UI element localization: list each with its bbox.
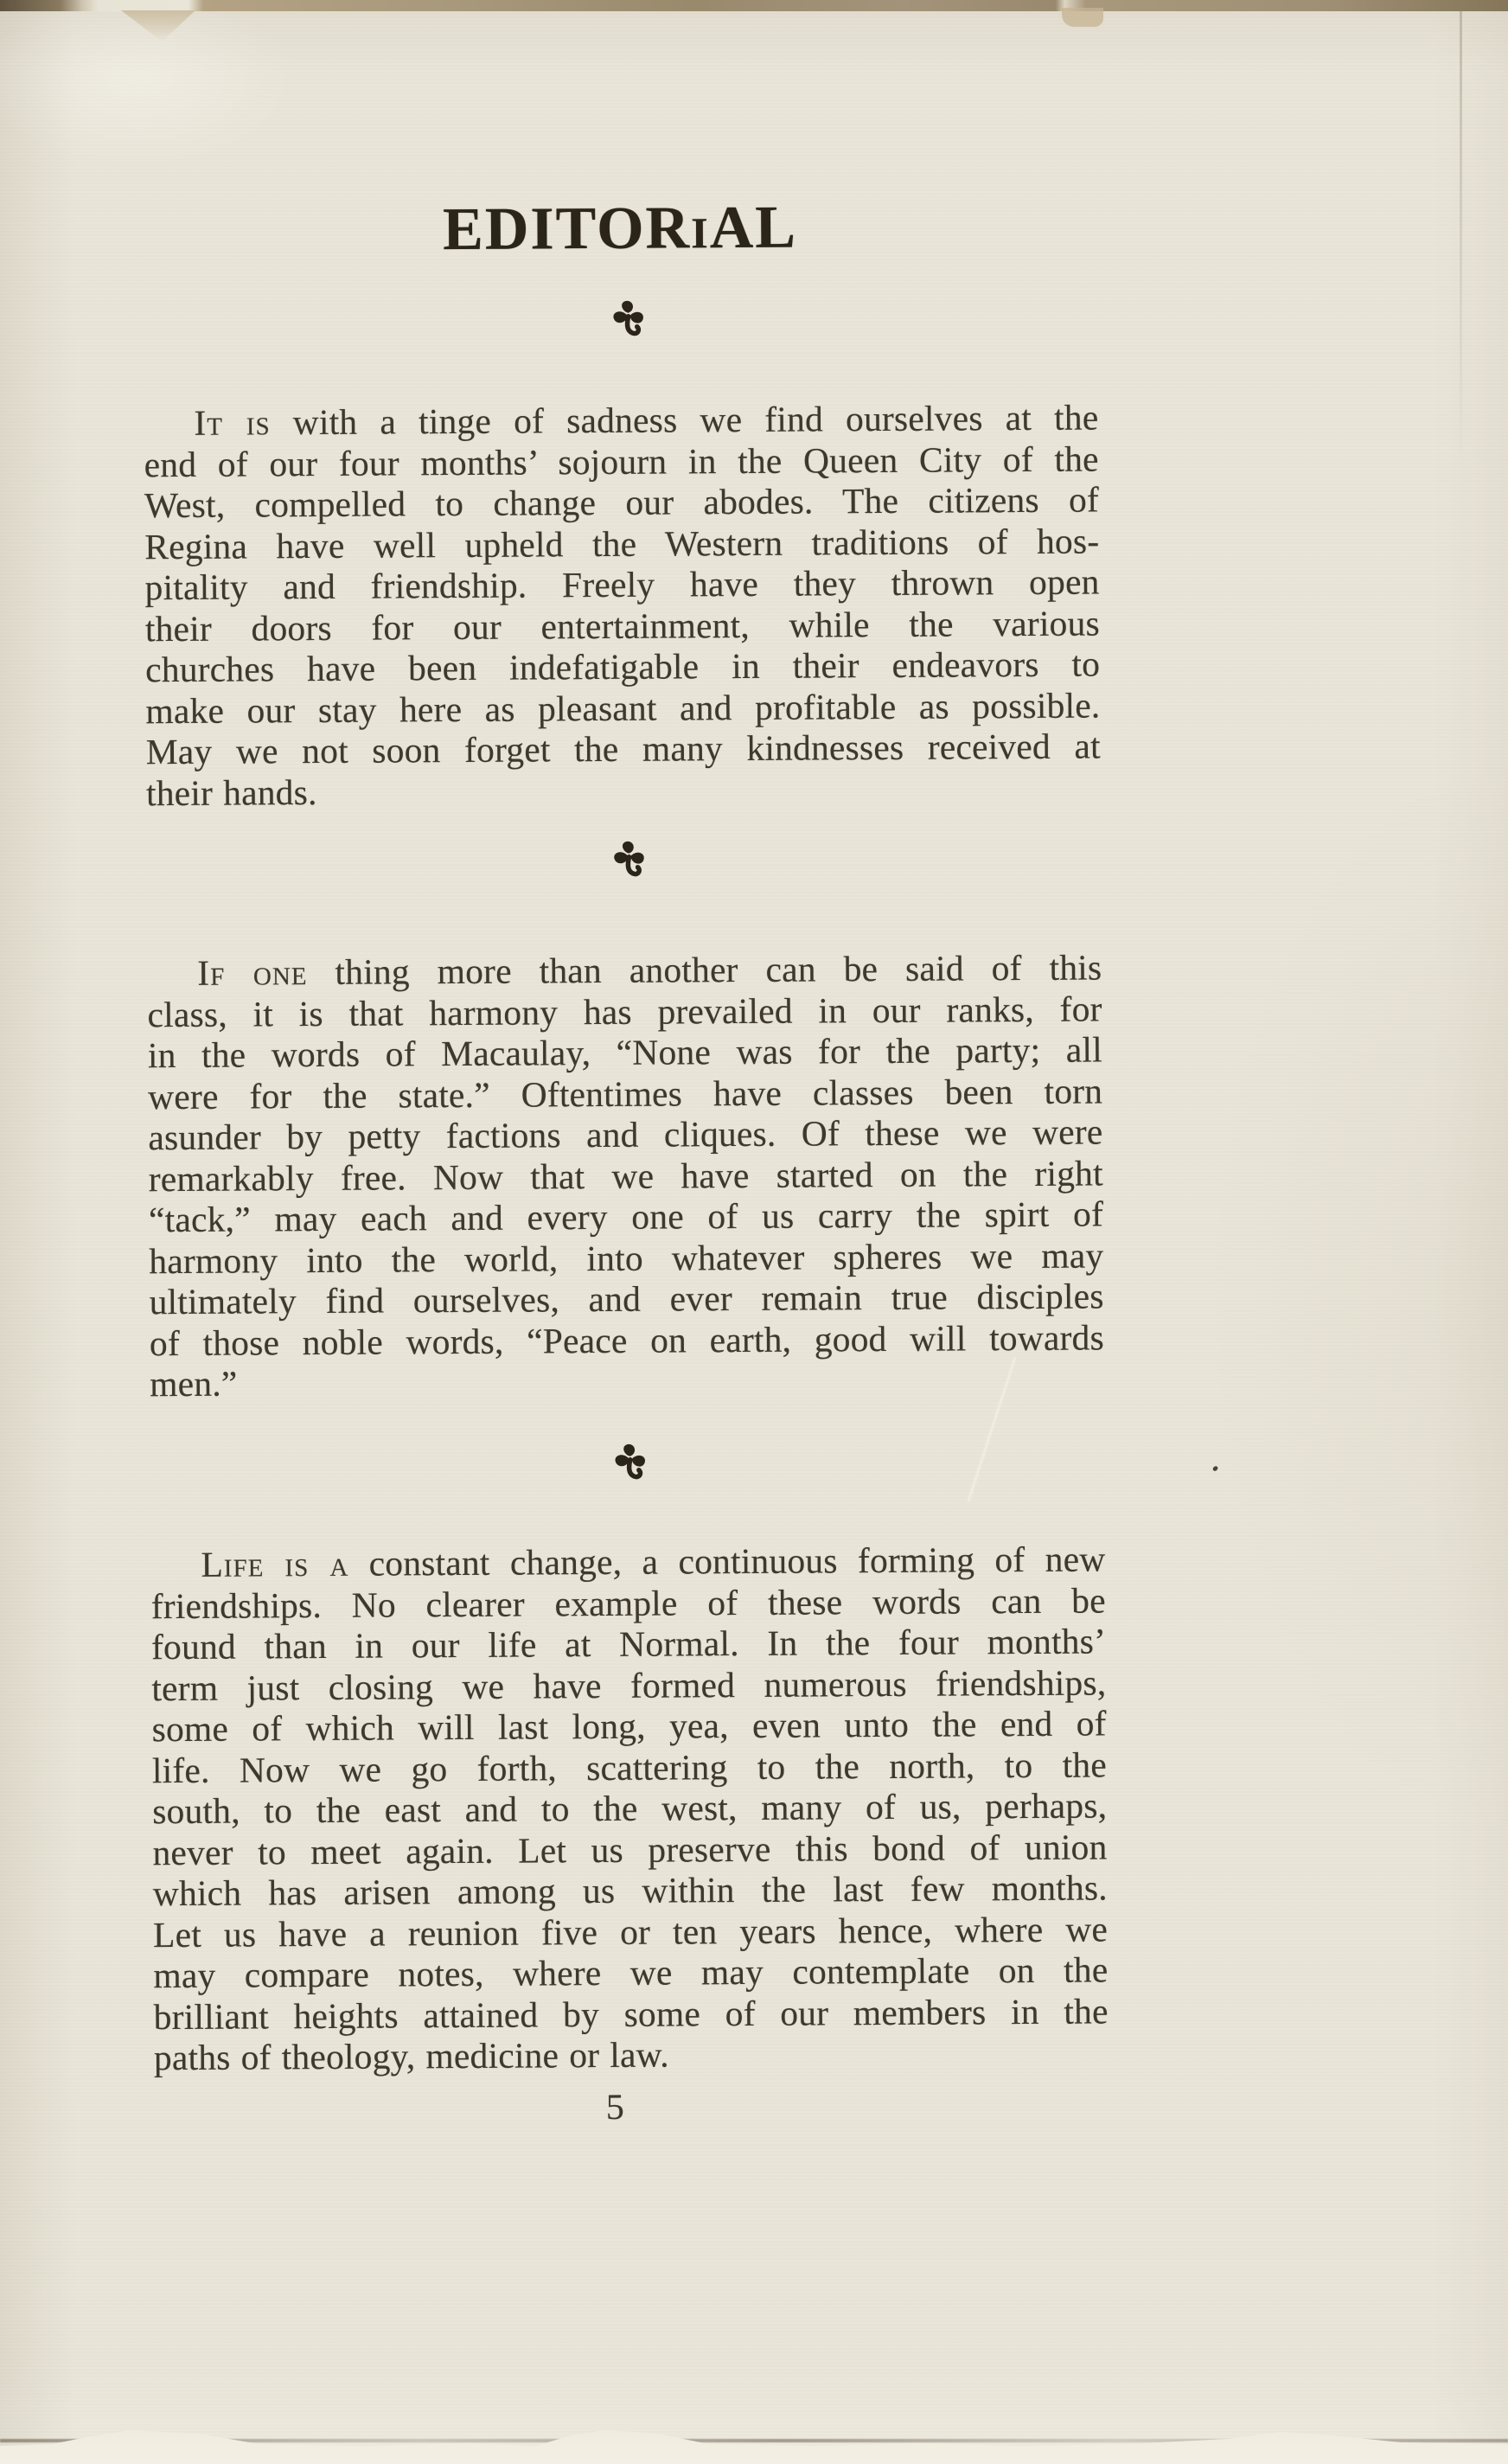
text-line: Regina have well upheld the Western trad… — [144, 521, 1099, 567]
text-line: harmony into the world, into whatever sp… — [149, 1235, 1103, 1282]
text-line: brilliant heights attained by some of ou… — [154, 1991, 1109, 2038]
text-line: of those noble words, “Peace on earth, g… — [150, 1317, 1104, 1364]
text-line: May we not soon forget the many kindness… — [146, 726, 1101, 772]
text-line: friendships. No clearer example of these… — [151, 1580, 1106, 1627]
text-line: men.” — [150, 1358, 1104, 1405]
text-line: life. Now we go forth, scattering to the… — [152, 1744, 1107, 1791]
text-line: in the words of Macaulay, “None was for … — [148, 1029, 1102, 1076]
text-line: their hands. — [146, 767, 1101, 814]
text-line: south, to the east and to the west, many… — [152, 1785, 1107, 1832]
page-number: 5 — [5, 2083, 1224, 2133]
text-line: may compare notes, where we may contempl… — [153, 1949, 1108, 1996]
text-line: churches have been indefatigable in thei… — [145, 643, 1100, 690]
text-line: term just closing we have formed numerou… — [151, 1662, 1106, 1709]
text-line: found than in our life at Normal. In the… — [151, 1621, 1106, 1667]
fleuron-ornament-icon — [612, 1443, 649, 1490]
paragraph: If one thing more than another can be sa… — [147, 947, 1104, 1405]
title-text: AL — [709, 195, 797, 262]
text-line: their doors for our entertainment, while… — [145, 603, 1100, 650]
text-line: class, it is that harmony has prevailed … — [147, 989, 1102, 1035]
text-line: pitality and friendship. Freely have the… — [144, 561, 1099, 608]
text-line: West, compelled to change our abodes. Th… — [144, 479, 1099, 526]
page-title: EDITORIAL — [143, 191, 1097, 266]
text-line: paths of theology, medicine or law. — [154, 2032, 1109, 2078]
paragraph: Life is a constant change, a continuous … — [150, 1539, 1109, 2078]
title-text: EDITOR — [443, 195, 691, 263]
text-line: were for the state.” Oftentimes have cla… — [148, 1071, 1102, 1117]
text-line: some of which will last long, yea, even … — [152, 1703, 1107, 1750]
paragraph: It is with a tinge of sadness we find ou… — [144, 397, 1101, 814]
text-line: If one thing more than another can be sa… — [147, 947, 1102, 994]
small-caps-lead: Life is a — [201, 1544, 348, 1584]
text-line: make our stay here as pleasant and profi… — [145, 685, 1100, 732]
text-line: Life is a constant change, a continuous … — [150, 1539, 1105, 1585]
title-small-letter: I — [691, 208, 710, 257]
scanned-book-page: EDITORIAL It is with a tinge of sadness … — [0, 0, 1508, 2464]
small-caps-lead: It is — [194, 402, 270, 443]
text-line: “tack,” may each and every one of us car… — [149, 1194, 1103, 1240]
fleuron-ornament-icon — [610, 841, 647, 887]
text-line: remarkably free. Now that we have starte… — [149, 1153, 1103, 1200]
text-line: which has arisen among us within the las… — [153, 1867, 1108, 1914]
fleuron-ornament-icon — [610, 300, 647, 347]
text-line: end of our four months’ sojourn in the Q… — [144, 438, 1099, 485]
text-line: never to meet again. Let us preserve thi… — [152, 1827, 1107, 1873]
small-caps-lead: If one — [197, 952, 308, 993]
text-line: asunder by petty factions and cliques. O… — [148, 1111, 1102, 1158]
text-line: Let us have a reunion five or ten years … — [153, 1909, 1108, 1955]
text-line: ultimately find ourselves, and ever rema… — [149, 1276, 1103, 1322]
text-line: It is with a tinge of sadness we find ou… — [144, 397, 1098, 444]
page-content: EDITORIAL It is with a tinge of sadness … — [0, 0, 1508, 2464]
